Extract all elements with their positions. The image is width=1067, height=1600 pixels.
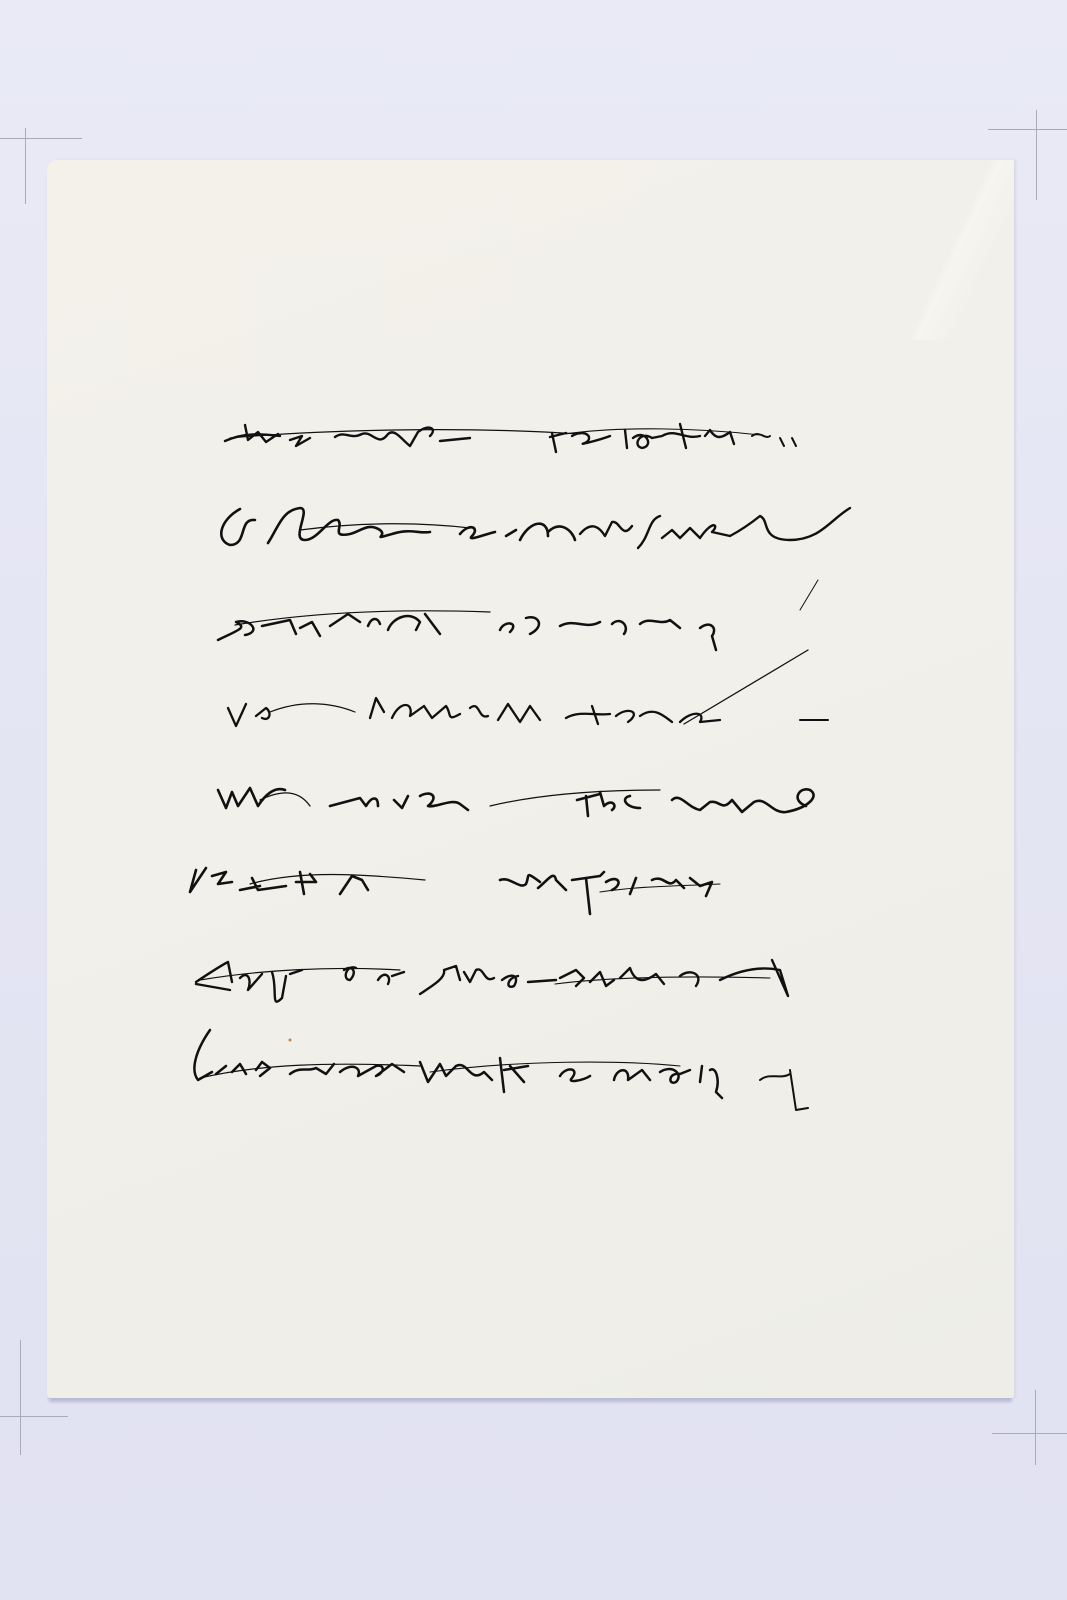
writing-line-1 xyxy=(225,424,796,452)
writing-line-2 xyxy=(221,508,850,548)
writing-line-8 xyxy=(194,1030,808,1110)
writing-line-6 xyxy=(190,868,720,914)
writing-line-4 xyxy=(228,650,828,726)
asemic-writing xyxy=(0,0,1067,1600)
writing-line-3 xyxy=(218,580,818,650)
writing-line-5 xyxy=(218,788,814,816)
writing-line-7 xyxy=(196,960,788,1002)
